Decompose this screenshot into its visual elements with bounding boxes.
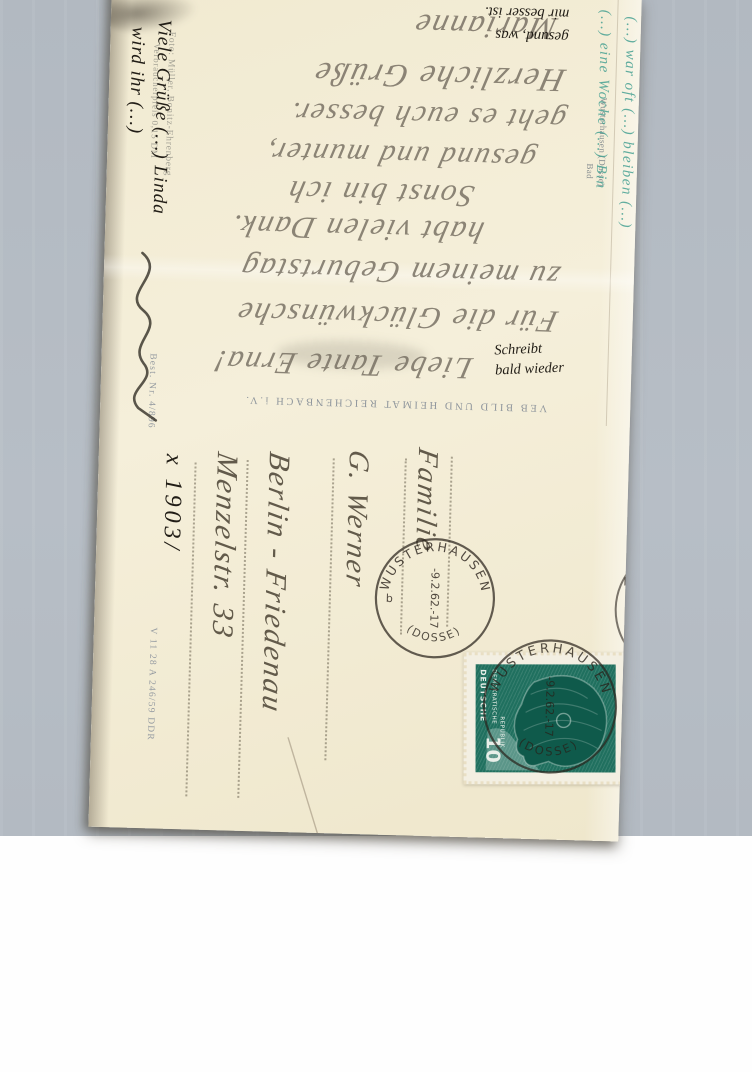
address-line-city: Berlin - Friedenau — [255, 449, 296, 716]
postmark-letter: b — [386, 592, 393, 605]
svg-text:(DOSSE): (DOSSE) — [516, 735, 582, 760]
postmark-date: -9.2.62.-17 — [427, 568, 442, 629]
postmark-region-arc: (DOSSE) — [516, 735, 582, 760]
ink-note-line: bald wieder — [495, 359, 564, 378]
message-line: gesund und munter, — [171, 132, 539, 176]
ink-note-top-right: gesund, was mir besser ist. — [428, 0, 569, 48]
postcard-back: Foto: Müller, Bonitz-Ehrenberg Verbrauch… — [88, 0, 641, 841]
ink-note-line: mir besser ist. — [484, 4, 569, 22]
corner-shadow — [101, 0, 200, 37]
message-line-salutation: Liebe Tante Erna! — [149, 341, 476, 386]
diagonal-crease — [273, 737, 336, 834]
message-line: Sonst bin ich — [224, 171, 478, 214]
message-line: zu meinem Geburtstag — [170, 248, 564, 295]
scanned-postcard-photo: Foto: Müller, Bonitz-Ehrenberg Verbrauch… — [0, 0, 752, 1072]
postmark-date: -9.2.62.-17 — [542, 676, 557, 737]
address-rule — [324, 458, 334, 760]
page-margin — [0, 836, 752, 1072]
ink-note-center: Schreibt bald wieder — [494, 336, 631, 381]
publisher-line: VEB BILD UND HEIMAT REICHENBACH i.V. — [180, 392, 610, 415]
ink-note-side-1: Viele Grüße (…) Linda — [148, 19, 175, 215]
address-line-street: Menzelstr. 33 — [205, 450, 244, 642]
print-code: V 11 28 A 246/59 DDR — [145, 627, 158, 741]
address-rule — [185, 462, 196, 796]
ink-note-line: gesund, was — [495, 27, 569, 45]
collector-mark: x 1903/ — [157, 454, 187, 554]
message-line-closing: Herzliche Grüße — [240, 52, 569, 98]
ink-flourish — [108, 247, 183, 424]
ink-note-line: Schreibt — [494, 341, 542, 359]
ink-note-side-2: wird ihr (…) — [124, 26, 149, 134]
message-line: Für die Glückwünsche — [145, 292, 561, 339]
message-line: geht es euch besser. — [176, 92, 569, 137]
